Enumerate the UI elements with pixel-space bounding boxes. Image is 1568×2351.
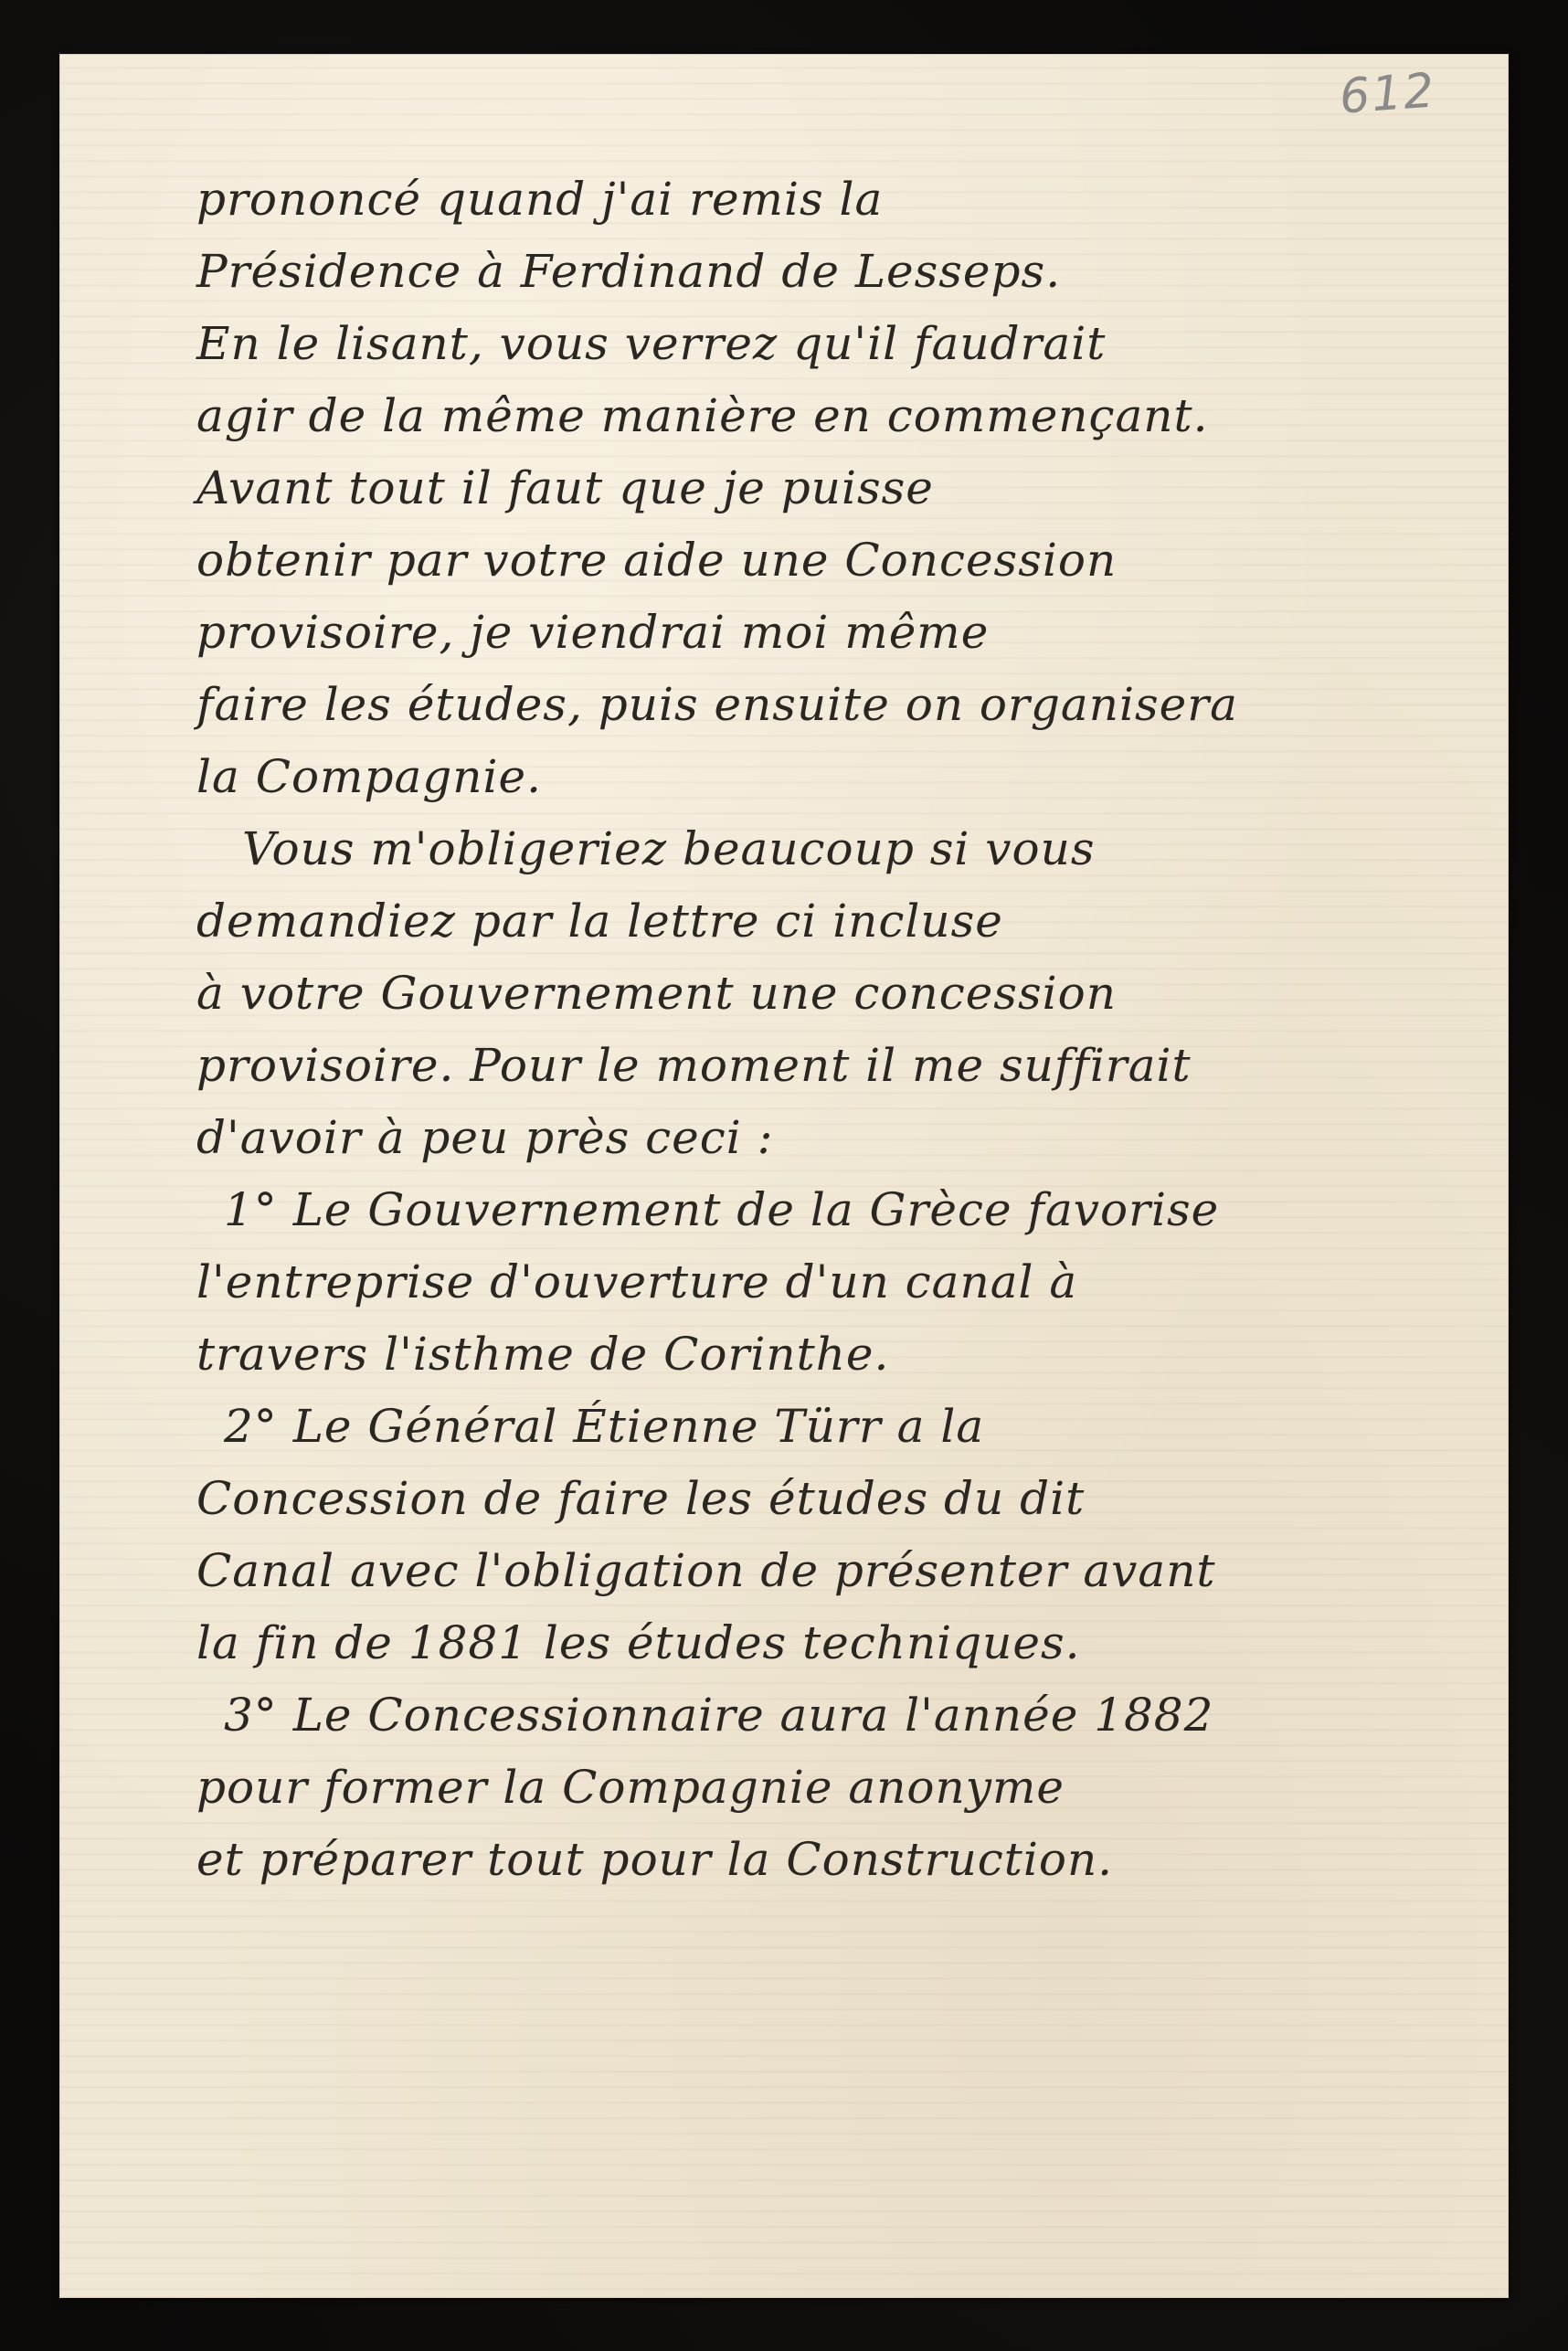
text-line: travers l'isthme de Corinthe. [196,1318,1494,1391]
text-line: pour former la Compagnie anonyme [196,1752,1494,1824]
text-line: la fin de 1881 les études techniques. [196,1607,1494,1679]
folio-number: 612 [1338,63,1437,124]
text-line: Canal avec l'obligation de présenter ava… [196,1535,1494,1607]
text-line: et préparer tout pour la Construction. [196,1824,1494,1896]
text-line: obtenir par votre aide une Concession [196,524,1494,597]
text-line: Présidence à Ferdinand de Lesseps. [196,236,1494,308]
numbered-item-1: 1° Le Gouvernement de la Grèce favorise [196,1174,1494,1246]
text-line: prononcé quand j'ai remis la [196,164,1494,236]
numbered-item-2: 2° Le Général Étienne Türr a la [196,1391,1494,1463]
text-line: la Compagnie. [196,741,1494,813]
text-line: demandiez par la lettre ci incluse [196,885,1494,958]
text-line: provisoire, je viendrai moi même [196,597,1494,669]
text-line: Avant tout il faut que je puisse [196,452,1494,524]
letter-page: 612 prononcé quand j'ai remis la Préside… [59,54,1509,2298]
numbered-item-3: 3° Le Concessionnaire aura l'année 1882 [196,1679,1494,1752]
text-line: l'entreprise d'ouverture d'un canal à [196,1246,1494,1318]
text-line: d'avoir à peu près ceci : [196,1102,1494,1174]
paragraph-start-line: Vous m'obligeriez beaucoup si vous [196,813,1494,885]
text-line: faire les études, puis ensuite on organi… [196,669,1494,741]
text-line: En le lisant, vous verrez qu'il faudrait [196,308,1494,380]
letter-body: prononcé quand j'ai remis la Présidence … [196,164,1494,1896]
text-line: provisoire. Pour le moment il me suffira… [196,1030,1494,1102]
text-line: Concession de faire les études du dit [196,1463,1494,1535]
text-line: à votre Gouvernement une concession [196,958,1494,1030]
text-line: agir de la même manière en commençant. [196,380,1494,452]
